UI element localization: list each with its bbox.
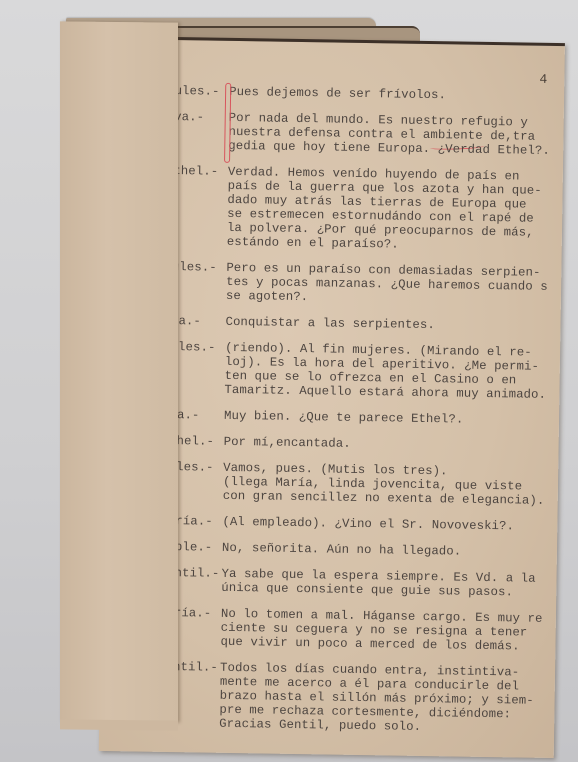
speech-text: Pues dejemos de ser frívolos. [229, 85, 557, 104]
dialogue-entry: Jules.-Pero es un paraíso con demasiadas… [164, 260, 555, 308]
dialogue-entry: María.-(Al empleado). ¿Vino el Sr. Novov… [160, 514, 550, 534]
red-margin-bracket [224, 83, 231, 163]
speech-text: Vamos, pues. (Mutis los tres). (llega Ma… [223, 461, 552, 508]
speech-text: Ya sabe que la espera siempre. Es Vd. a … [221, 567, 549, 600]
speech-text: No lo tomen a mal. Háganse cargo. Es muy… [220, 607, 549, 654]
dialogue-entry: Gentil.-Todos los días cuando entra, ins… [157, 660, 548, 736]
speech-text: (Al empleado). ¿Vino el Sr. Novoveski?. [222, 515, 550, 534]
speech-text: Verdad. Hemos venído huyendo de país en … [227, 165, 556, 254]
page-number: 4 [539, 72, 547, 87]
speech-text: No, señorita. Aún no ha llegado. [222, 541, 550, 560]
dialogue-entry: María.-No lo tomen a mal. Háganse cargo.… [158, 606, 549, 654]
dialogue-entry: Gentil.-Ya sabe que la espera siempre. E… [159, 566, 549, 600]
speech-text: Conquistar a las serpientes. [225, 315, 553, 334]
dialogue-entry: Emple.-No, señorita. Aún no ha llegado. [160, 540, 550, 560]
speech-text: Todos los días cuando entra, instintiva-… [219, 661, 548, 736]
dialogue-entry: Ethel.-Por mí,encantada. [162, 434, 552, 454]
speech-text: Por mí,encantada. [224, 435, 552, 454]
speech-text: (riendo). Al fin mujeres. (Mirando el re… [224, 341, 553, 402]
dialogue-entry: Eva.-Muy bien. ¿Que te parece Ethel?. [162, 408, 552, 428]
dialogue-entry: Ethel.-Verdad. Hemos venído huyendo de p… [165, 164, 556, 254]
dialogue-entry: Jules.-(riendo). Al fin mujeres. (Mirand… [162, 340, 553, 402]
speech-text: Muy bien. ¿Que te parece Ethel?. [224, 409, 552, 428]
dialogue-entry: Jules.-Vamos, pues. (Mutis los tres). (l… [161, 460, 552, 508]
folded-cover-flap [60, 21, 178, 722]
speech-text: Pero es un paraíso con demasiadas serpie… [226, 261, 555, 308]
script-body: Jules.-Pues dejemos de ser frívolos. Eva… [157, 84, 557, 748]
dialogue-entry: Eva.-Conquistar a las serpientes. [163, 314, 553, 334]
speech-text: Por nada del mundo. Es nuestro refugio y… [228, 111, 557, 158]
